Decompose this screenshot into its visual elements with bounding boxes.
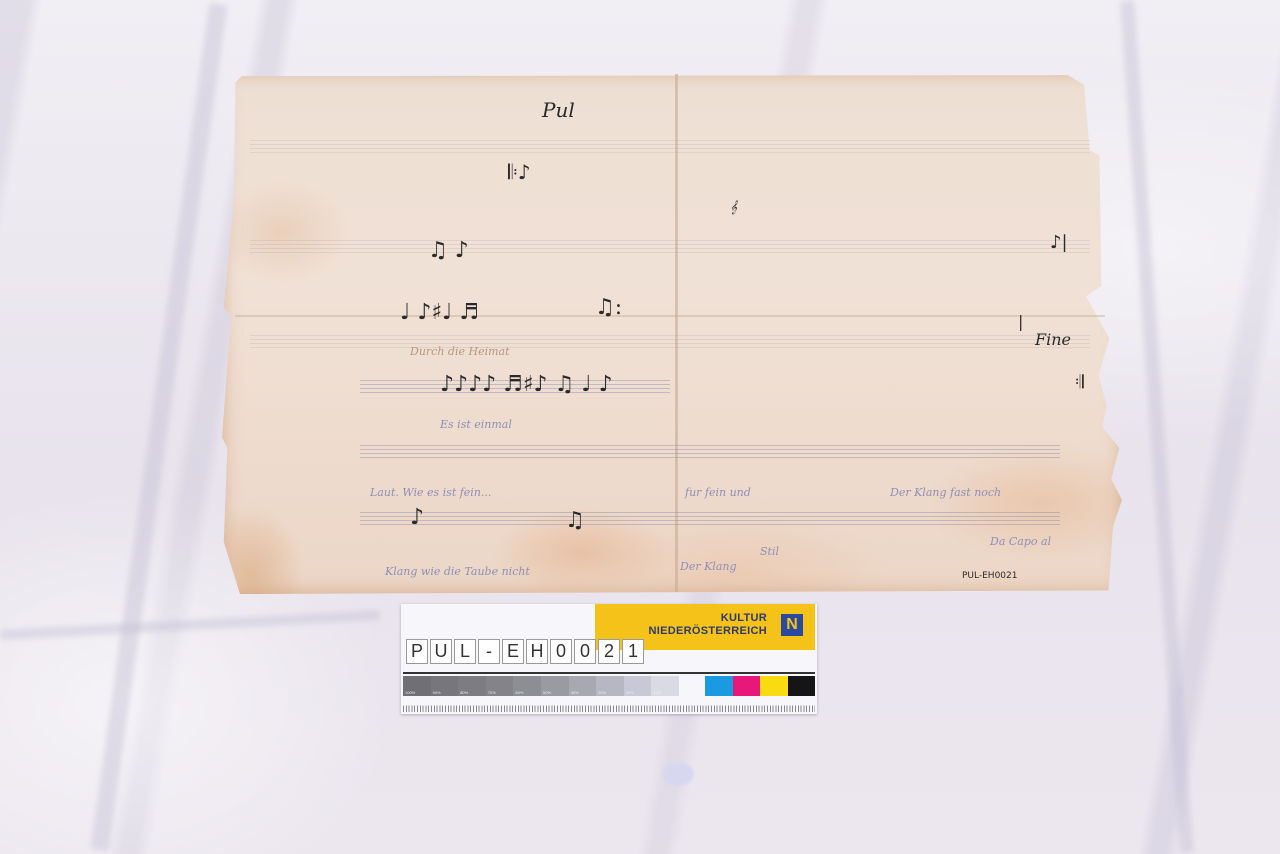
id-char: 0	[550, 639, 572, 664]
noe-logo-icon: N	[781, 614, 803, 636]
brand-line-1: KULTUR	[649, 612, 767, 625]
object-id-tiles: P U L - E H 0 0 2 1	[406, 639, 644, 664]
grey-patch: 70%	[486, 676, 514, 696]
lyric-line: Durch die Heimat	[410, 345, 510, 358]
note-cluster: ♫ ♪	[428, 238, 469, 263]
note-cluster: ♪|	[1050, 232, 1068, 253]
note-cluster: ♩ ♪♯♩ ♬	[400, 300, 479, 325]
brand-line-2: NIEDERÖSTERREICH	[649, 625, 767, 638]
staff	[360, 512, 1060, 528]
archive-label: PUL-EH0021	[962, 571, 1017, 581]
note-cluster: 𝄆♪	[508, 160, 530, 184]
lyric-line: Klang wie die Taube nicht	[385, 565, 530, 578]
grey-patch: 90%	[431, 676, 459, 696]
note-cluster: 𝄇	[1075, 372, 1084, 393]
brand-text: KULTUR NIEDERÖSTERREICH	[649, 612, 767, 638]
grey-patch: 30%	[596, 676, 624, 696]
id-char: E	[502, 639, 524, 664]
id-char: P	[406, 639, 428, 664]
grey-patch: 50%	[541, 676, 569, 696]
note-cluster: ♫	[565, 508, 585, 533]
grey-patch: 10%	[651, 676, 679, 696]
lyric-line: Der Klang fast noch	[890, 486, 1001, 499]
id-char: H	[526, 639, 548, 664]
note-cluster: ♪	[410, 505, 424, 530]
note-cluster: ♪♪♪♪ ♬♯♪ ♫ ♩ ♪	[440, 372, 613, 397]
grey-patch: 80%	[458, 676, 486, 696]
id-char: L	[454, 639, 476, 664]
grey-patch: 40%	[569, 676, 597, 696]
lyric-line: Es ist einmal	[440, 418, 512, 431]
divider	[403, 672, 815, 674]
cloth-spot	[662, 762, 694, 786]
color-calibration-card: KULTUR NIEDERÖSTERREICH N P U L - E H 0 …	[401, 604, 817, 714]
grey-patch: 100%	[403, 676, 431, 696]
note-cluster: ♫:	[595, 295, 622, 320]
heading-text: Pul	[542, 98, 575, 122]
staff	[250, 140, 1090, 156]
id-char: 2	[598, 639, 620, 664]
color-patch-c	[705, 676, 733, 696]
grey-patch: 20%	[624, 676, 652, 696]
staff	[250, 240, 1090, 256]
id-char: 0	[574, 639, 596, 664]
grey-patch: 60%	[513, 676, 541, 696]
cmyk-patches	[705, 676, 815, 696]
grey-scale-patches: 100%90%80%70%60%50%40%30%20%10%	[403, 676, 679, 696]
lyric-line: Stil	[760, 545, 779, 558]
staff	[360, 445, 1060, 461]
staff	[250, 335, 1090, 351]
tempo-mark: 𝄞	[730, 200, 737, 215]
id-char: U	[430, 639, 452, 664]
lyric-line: fur fein und	[685, 486, 751, 499]
lyric-line: Der Klang	[680, 560, 737, 573]
id-char: -	[478, 639, 500, 664]
fine-marking: |	[1018, 312, 1023, 331]
color-patch-m	[733, 676, 761, 696]
id-char: 1	[622, 639, 644, 664]
lyric-line: Laut. Wie es ist fein...	[370, 486, 491, 499]
fold-crease-horizontal	[235, 315, 1105, 317]
color-patch-k	[788, 676, 816, 696]
da-capo-mark: Da Capo al	[990, 535, 1051, 548]
fine-mark: Fine	[1035, 330, 1071, 349]
color-patch-y	[760, 676, 788, 696]
measurement-ruler	[403, 698, 815, 712]
